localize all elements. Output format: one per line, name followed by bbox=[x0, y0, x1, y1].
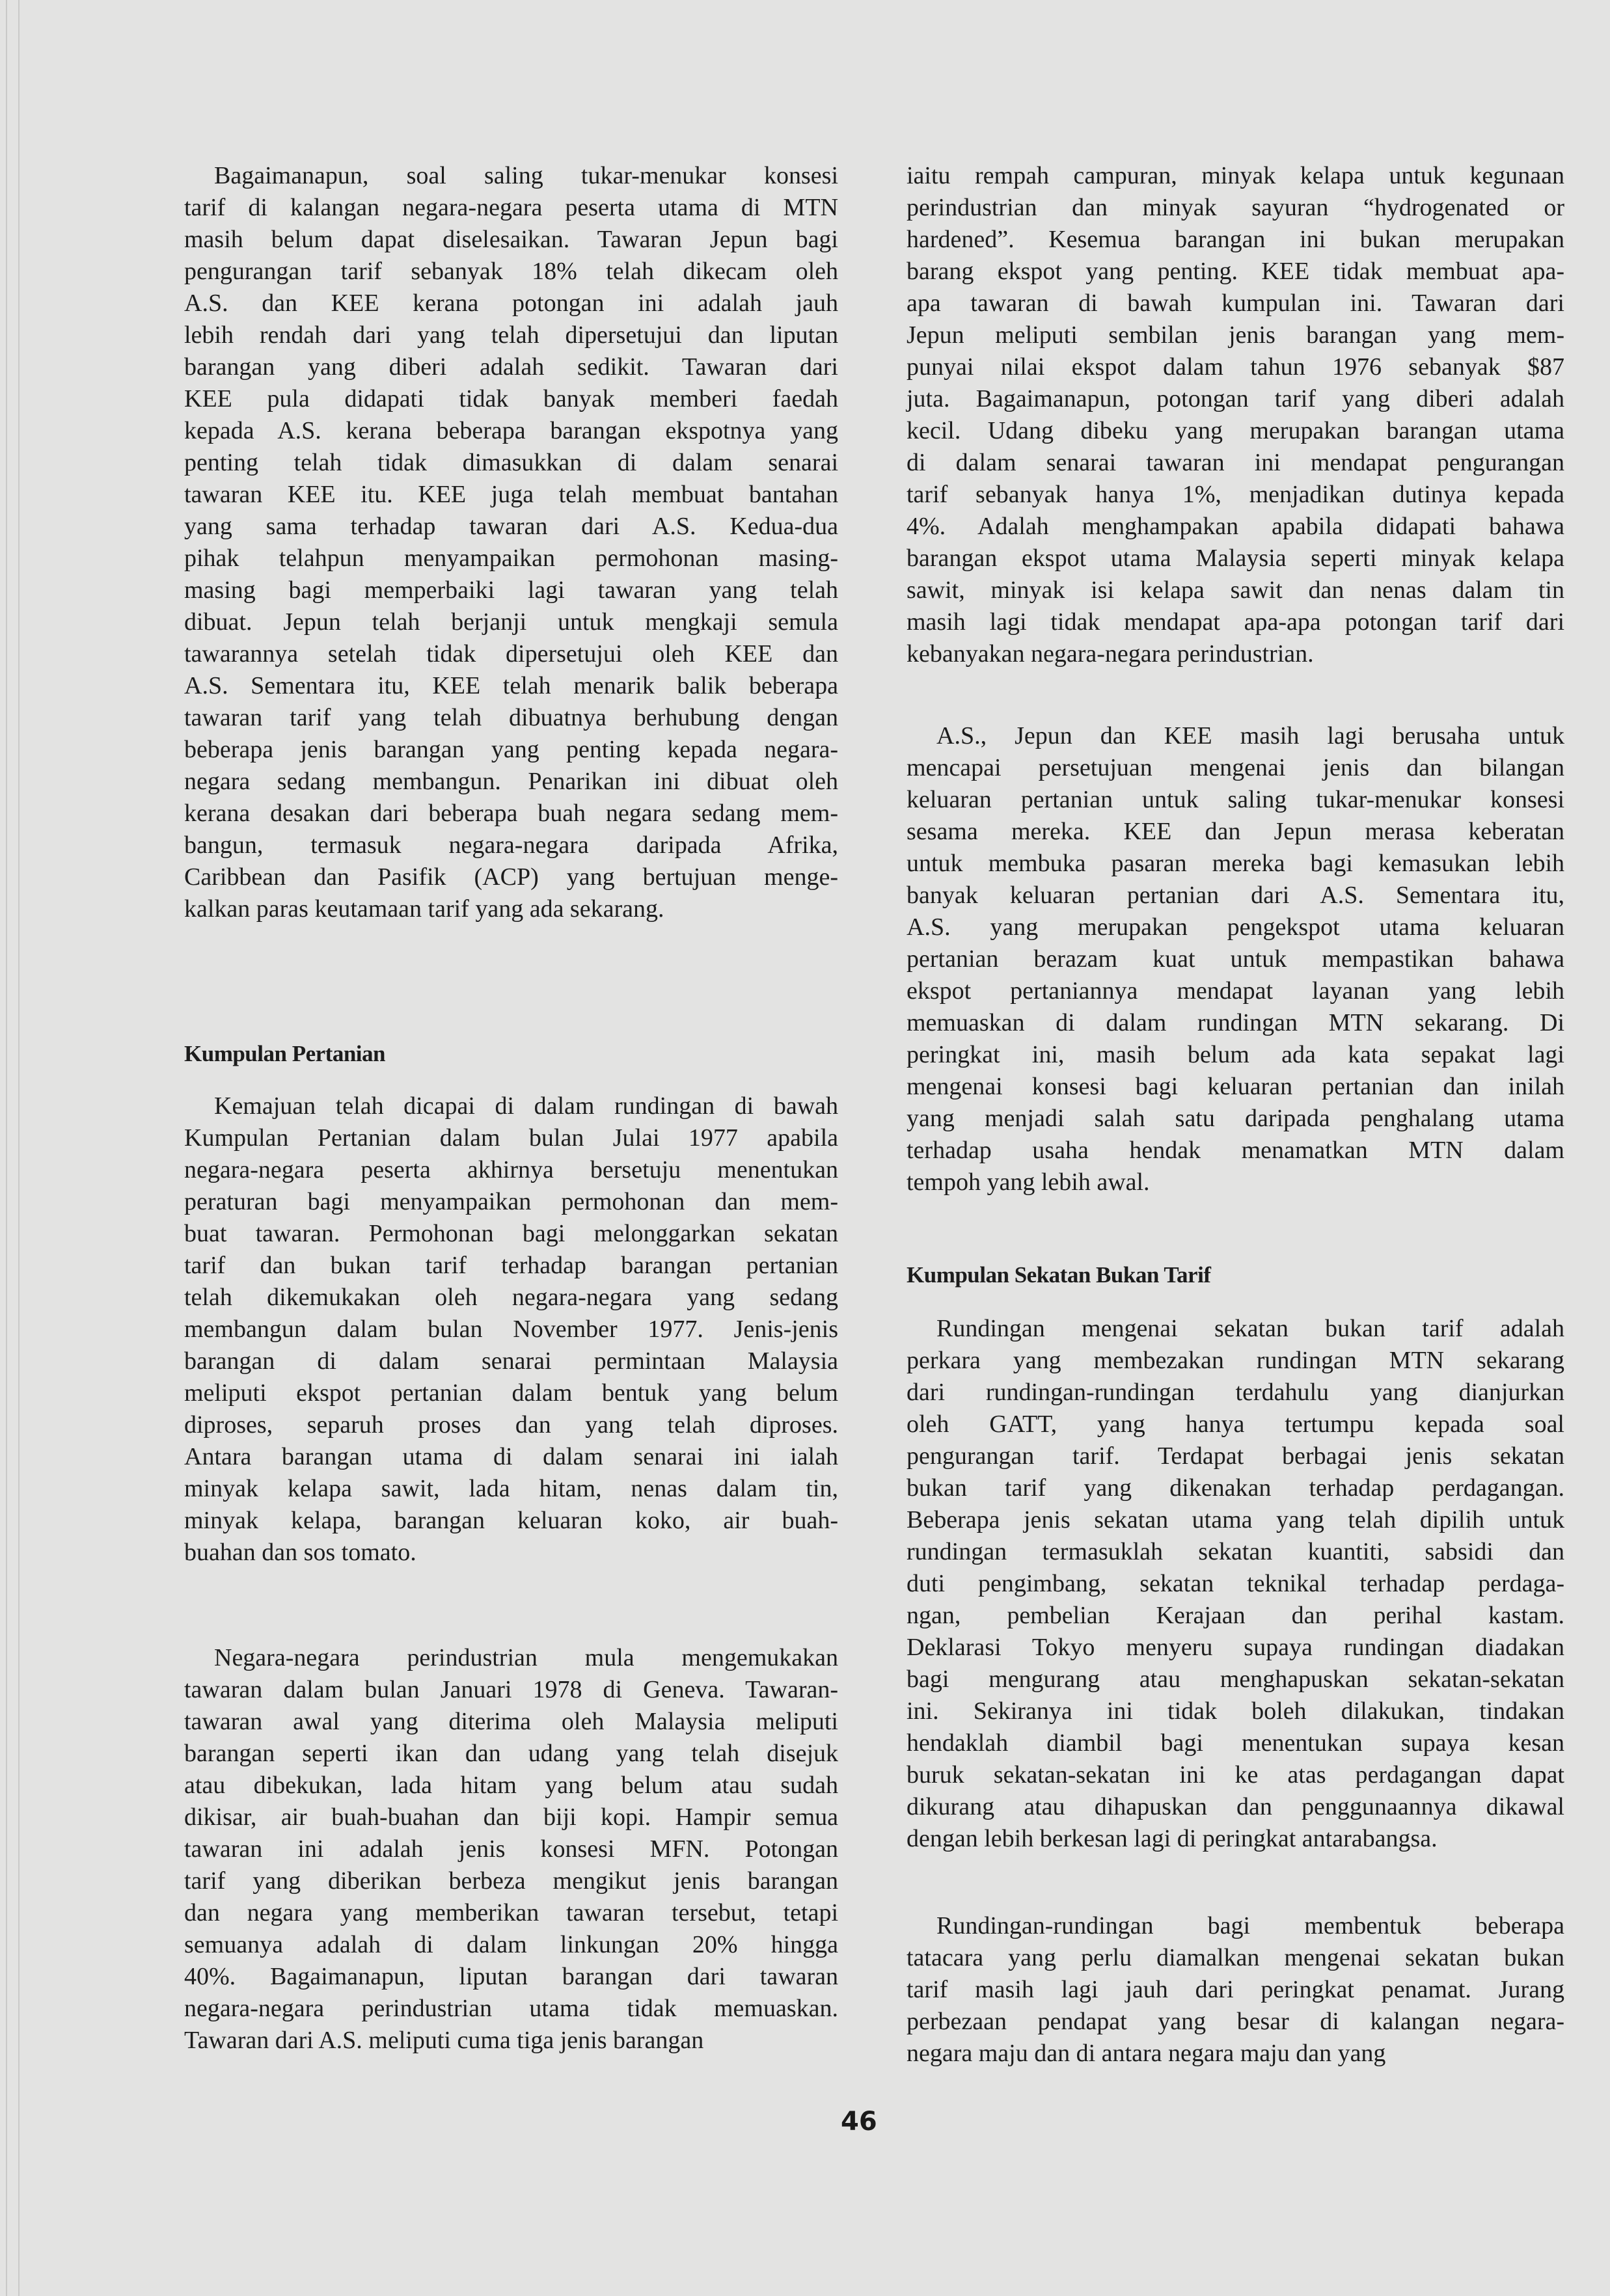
page-edge-line bbox=[18, 0, 20, 2296]
text-line: A.S., Jepun dan KEE masih lagi berusaha … bbox=[907, 720, 1564, 752]
text-line: terhadap usaha hendak menamatkan MTN dal… bbox=[907, 1135, 1564, 1167]
text-line: kebanyakan negara-negara perindustrian. bbox=[907, 638, 1564, 670]
text-line: hendaklah diambil bagi menentukan supaya… bbox=[907, 1727, 1564, 1759]
text-line: pihak telahpun menyampaikan permohonan m… bbox=[184, 543, 838, 574]
text-line: ini. Sekiranya ini tidak boleh dilakukan… bbox=[907, 1695, 1564, 1727]
text-line: buat tawaran. Permohonan bagi melonggark… bbox=[184, 1218, 838, 1250]
text-line: diproses, separuh proses dan yang telah … bbox=[184, 1409, 838, 1441]
text-line: Caribbean dan Pasifik (ACP) yang bertuju… bbox=[184, 861, 838, 893]
text-line: tempoh yang lebih awal. bbox=[907, 1167, 1564, 1198]
text-line: pengurangan tarif sebanyak 18% telah dik… bbox=[184, 256, 838, 288]
text-line: tarif di kalangan negara-negara peserta … bbox=[184, 192, 838, 224]
text-line: peraturan bagi menyampaikan permohonan d… bbox=[184, 1186, 838, 1218]
text-line: barangan ekspot utama Malaysia seperti m… bbox=[907, 543, 1564, 574]
text-line: Tawaran dari A.S. meliputi cuma tiga jen… bbox=[184, 2025, 838, 2057]
text-line: lebih rendah dari yang telah dipersetuju… bbox=[184, 319, 838, 351]
text-line: buahan dan sos tomato. bbox=[184, 1537, 838, 1569]
text-line: Deklarasi Tokyo menyeru supaya rundingan… bbox=[907, 1632, 1564, 1664]
text-line: tawaran tarif yang telah dibuatnya berhu… bbox=[184, 702, 838, 734]
text-line: masih lagi tidak mendapat apa-apa potong… bbox=[907, 606, 1564, 638]
text-line: mencapai persetujuan mengenai jenis dan … bbox=[907, 752, 1564, 784]
text-line: dikurang atau dihapuskan dan penggunaann… bbox=[907, 1791, 1564, 1823]
text-line: Negara-negara perindustrian mula mengemu… bbox=[184, 1642, 838, 1674]
text-line: mengenai konsesi bagi keluaran pertanian… bbox=[907, 1071, 1564, 1103]
text-line: bagi mengurang atau menghapuskan sekatan… bbox=[907, 1664, 1564, 1695]
text-line: bukan tarif yang dikenakan terhadap perd… bbox=[907, 1472, 1564, 1504]
text-line: kepada A.S. kerana beberapa barangan eks… bbox=[184, 415, 838, 447]
section-heading: Kumpulan Pertanian bbox=[184, 1041, 838, 1067]
text-line: atau dibekukan, lada hitam yang belum at… bbox=[184, 1770, 838, 1802]
text-line: meliputi ekspot pertanian dalam bentuk y… bbox=[184, 1377, 838, 1409]
text-line: dibuat. Jepun telah berjanji untuk mengk… bbox=[184, 606, 838, 638]
text-line: minyak kelapa, barangan keluaran koko, a… bbox=[184, 1505, 838, 1537]
text-line: tarif sebanyak hanya 1%, menjadikan duti… bbox=[907, 479, 1564, 511]
text-line: perindustrian dan minyak sayuran “hydrog… bbox=[907, 192, 1564, 224]
text-line: Bagaimanapun, soal saling tukar-menukar … bbox=[184, 160, 838, 192]
paragraph: Rundingan-rundingan bagi membentuk beber… bbox=[907, 1910, 1564, 2070]
text-line: iaitu rempah campuran, minyak kelapa unt… bbox=[907, 160, 1564, 192]
text-line: dan negara yang memberikan tawaran terse… bbox=[184, 1897, 838, 1929]
text-line: barangan di dalam senarai permintaan Mal… bbox=[184, 1345, 838, 1377]
text-line: di dalam senarai tawaran ini mendapat pe… bbox=[907, 447, 1564, 479]
text-line: barangan yang diberi adalah sedikit. Taw… bbox=[184, 351, 838, 383]
page-edge-line bbox=[6, 0, 7, 2296]
text-line: buruk sekatan-sekatan ini ke atas perdag… bbox=[907, 1759, 1564, 1791]
text-line: bangun, termasuk negara-negara daripada … bbox=[184, 830, 838, 861]
text-line: kalkan paras keutamaan tarif yang ada se… bbox=[184, 893, 838, 925]
text-line: KEE pula didapati tidak banyak memberi f… bbox=[184, 383, 838, 415]
text-line: negara sedang membangun. Penarikan ini d… bbox=[184, 766, 838, 798]
text-line: dengan lebih berkesan lagi di peringkat … bbox=[907, 1823, 1564, 1855]
text-line: dikisar, air buah-buahan dan biji kopi. … bbox=[184, 1802, 838, 1833]
text-line: kecil. Udang dibeku yang merupakan baran… bbox=[907, 415, 1564, 447]
text-line: negara-negara peserta akhirnya bersetuju… bbox=[184, 1154, 838, 1186]
text-line: peringkat ini, masih belum ada kata sepa… bbox=[907, 1039, 1564, 1071]
text-line: pengurangan tarif. Terdapat berbagai jen… bbox=[907, 1440, 1564, 1472]
text-line: tawaran ini adalah jenis konsesi MFN. Po… bbox=[184, 1833, 838, 1865]
text-line: Kumpulan Pertanian dalam bulan Julai 197… bbox=[184, 1122, 838, 1154]
text-line: A.S. yang merupakan pengekspot utama kel… bbox=[907, 912, 1564, 943]
text-line: Beberapa jenis sekatan utama yang telah … bbox=[907, 1504, 1564, 1536]
text-line: rundingan termasuklah sekatan kuantiti, … bbox=[907, 1536, 1564, 1568]
text-line: hardened”. Kesemua barangan ini bukan me… bbox=[907, 224, 1564, 256]
text-line: masih belum dapat diselesaikan. Tawaran … bbox=[184, 224, 838, 256]
text-line: memuaskan di dalam rundingan MTN sekaran… bbox=[907, 1007, 1564, 1039]
text-line: untuk membuka pasaran mereka bagi kemasu… bbox=[907, 848, 1564, 880]
text-line: Jepun meliputi sembilan jenis barangan y… bbox=[907, 319, 1564, 351]
text-line: ngan, pembelian Kerajaan dan perihal kas… bbox=[907, 1600, 1564, 1632]
text-line: negara-negara perindustrian utama tidak … bbox=[184, 1993, 838, 2025]
text-line: negara maju dan di antara negara maju da… bbox=[907, 2038, 1564, 2070]
text-line: keluaran pertanian untuk saling tukar-me… bbox=[907, 784, 1564, 816]
text-line: tarif masih lagi jauh dari peringkat pen… bbox=[907, 1974, 1564, 2006]
text-line: apa tawaran di bawah kumpulan ini. Tawar… bbox=[907, 288, 1564, 319]
text-line: sawit, minyak isi kelapa sawit dan nenas… bbox=[907, 574, 1564, 606]
text-line: tawarannya setelah tidak dipersetujui ol… bbox=[184, 638, 838, 670]
text-line: perkara yang membezakan rundingan MTN se… bbox=[907, 1345, 1564, 1377]
text-line: tawaran KEE itu. KEE juga telah membuat … bbox=[184, 479, 838, 511]
text-line: yang menjadi salah satu daripada penghal… bbox=[907, 1103, 1564, 1135]
text-line: oleh GATT, yang hanya tertumpu kepada so… bbox=[907, 1409, 1564, 1440]
text-line: Antara barangan utama di dalam senarai i… bbox=[184, 1441, 838, 1473]
text-line: beberapa jenis barangan yang penting kep… bbox=[184, 734, 838, 766]
paragraph: Negara-negara perindustrian mula mengemu… bbox=[184, 1642, 838, 2057]
paragraph: iaitu rempah campuran, minyak kelapa unt… bbox=[907, 160, 1564, 670]
paragraph: Bagaimanapun, soal saling tukar-menukar … bbox=[184, 160, 838, 925]
text-line: tawaran awal yang diterima oleh Malaysia… bbox=[184, 1706, 838, 1738]
text-line: masing bagi memperbaiki lagi tawaran yan… bbox=[184, 574, 838, 606]
text-line: sesama mereka. KEE dan Jepun merasa kebe… bbox=[907, 816, 1564, 848]
text-line: A.S. dan KEE kerana potongan ini adalah … bbox=[184, 288, 838, 319]
paragraph: Kemajuan telah dicapai di dalam rundinga… bbox=[184, 1090, 838, 1569]
text-line: Kemajuan telah dicapai di dalam rundinga… bbox=[184, 1090, 838, 1122]
paragraph: A.S., Jepun dan KEE masih lagi berusaha … bbox=[907, 720, 1564, 1198]
text-line: telah dikemukakan oleh negara-negara yan… bbox=[184, 1282, 838, 1314]
text-line: 4%. Adalah menghampakan apabila didapati… bbox=[907, 511, 1564, 543]
text-line: tawaran dalam bulan Januari 1978 di Gene… bbox=[184, 1674, 838, 1706]
text-line: minyak kelapa sawit, lada hitam, nenas d… bbox=[184, 1473, 838, 1505]
text-line: 40%. Bagaimanapun, liputan barangan dari… bbox=[184, 1961, 838, 1993]
text-line: perbezaan pendapat yang besar di kalanga… bbox=[907, 2006, 1564, 2038]
text-line: semuanya adalah di dalam linkungan 20% h… bbox=[184, 1929, 838, 1961]
paragraph: Rundingan mengenai sekatan bukan tarif a… bbox=[907, 1313, 1564, 1855]
text-line: punyai nilai ekspot dalam tahun 1976 seb… bbox=[907, 351, 1564, 383]
section-heading: Kumpulan Sekatan Bukan Tarif bbox=[907, 1262, 1564, 1288]
text-line: yang sama terhadap tawaran dari A.S. Ked… bbox=[184, 511, 838, 543]
text-line: barangan seperti ikan dan udang yang tel… bbox=[184, 1738, 838, 1770]
text-line: pertanian berazam kuat untuk mempastikan… bbox=[907, 943, 1564, 975]
text-line: A.S. Sementara itu, KEE telah menarik ba… bbox=[184, 670, 838, 702]
text-line: banyak keluaran pertanian dari A.S. Seme… bbox=[907, 880, 1564, 912]
text-line: tatacara yang perlu diamalkan mengenai s… bbox=[907, 1942, 1564, 1974]
text-line: Rundingan mengenai sekatan bukan tarif a… bbox=[907, 1313, 1564, 1345]
text-line: dari rundingan-rundingan terdahulu yang … bbox=[907, 1377, 1564, 1409]
text-line: membangun dalam bulan November 1977. Jen… bbox=[184, 1314, 838, 1345]
text-line: penting telah tidak dimasukkan di dalam … bbox=[184, 447, 838, 479]
text-line: tarif dan bukan tarif terhadap barangan … bbox=[184, 1250, 838, 1282]
text-line: tarif yang diberikan berbeza mengikut je… bbox=[184, 1865, 838, 1897]
text-line: Rundingan-rundingan bagi membentuk beber… bbox=[907, 1910, 1564, 1942]
text-line: juta. Bagaimanapun, potongan tarif yang … bbox=[907, 383, 1564, 415]
text-line: ekspot pertaniannya mendapat layanan yan… bbox=[907, 975, 1564, 1007]
text-line: kerana desakan dari beberapa buah negara… bbox=[184, 798, 838, 830]
text-line: barang ekspot yang penting. KEE tidak me… bbox=[907, 256, 1564, 288]
text-line: duti pengimbang, sekatan teknikal terhad… bbox=[907, 1568, 1564, 1600]
page-number: 46 bbox=[841, 2107, 877, 2137]
